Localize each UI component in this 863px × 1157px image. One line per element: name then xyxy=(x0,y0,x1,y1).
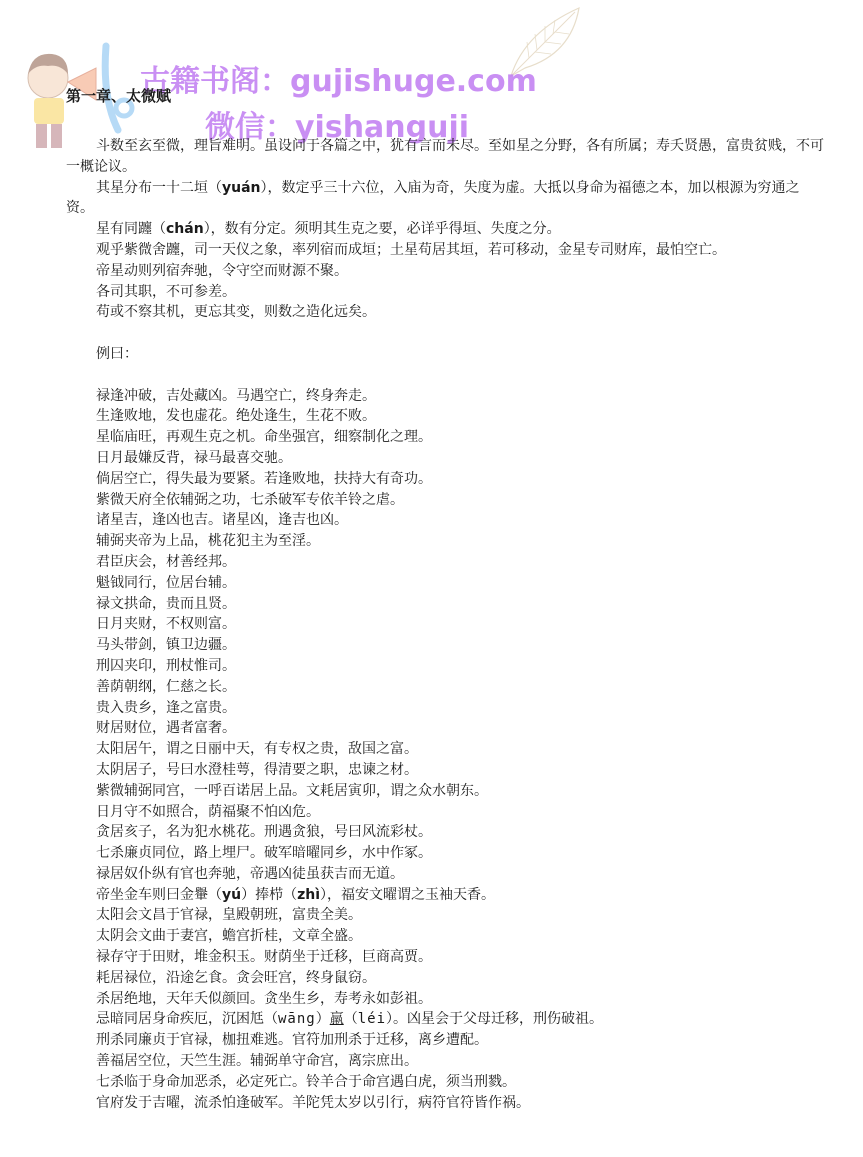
example-line: 贪居亥子，名为犯水桃花。刑遇贪狼，号曰风流彩杖。 xyxy=(66,822,826,843)
document-page: 古籍书阁：gujishuge.com 微信：yishanguji 第一章、太微赋… xyxy=(0,0,863,1157)
example-line: 贵入贵乡，逢之富贵。 xyxy=(66,698,826,719)
example-line: 忌暗同居身命疾厄，沉困尪（wāng）羸（léi）。凶星会于父母迁移，刑伤破祖。 xyxy=(66,1009,826,1030)
example-line: 太阴居子，号曰水澄桂萼，得清要之职，忠谏之材。 xyxy=(66,760,826,781)
example-line: 帝坐金车则曰金轝（yú）捧栉（zhì），福安文曜谓之玉袖天香。 xyxy=(66,885,826,906)
example-line: 魁钺同行，位居台辅。 xyxy=(66,573,826,594)
example-line: 禄存守于田财，堆金积玉。财荫坐于迁移，巨商高贾。 xyxy=(66,947,826,968)
example-line: 日月夹财，不权则富。 xyxy=(66,614,826,635)
paragraph: 帝星动则列宿奔驰，令守空而财源不聚。 xyxy=(66,261,826,282)
chapter-title: 第一章、太微赋 xyxy=(66,85,171,106)
paragraph: 苟或不察其机，更忘其变，则数之造化远矣。 xyxy=(66,302,826,323)
example-line: 太阴会文曲于妻宫，蟾宫折桂，文章全盛。 xyxy=(66,926,826,947)
example-line: 生逢败地，发也虚花。绝处逢生，生花不败。 xyxy=(66,406,826,427)
example-line: 日月最嫌反背，禄马最喜交驰。 xyxy=(66,448,826,469)
example-line: 辅弼夹帝为上品，桃花犯主为至淫。 xyxy=(66,531,826,552)
example-line: 禄逢冲破，吉处藏凶。马遇空亡，终身奔走。 xyxy=(66,386,826,407)
example-line: 紫微辅弼同宫，一呼百诺居上品。文耗居寅卯，谓之众水朝东。 xyxy=(66,781,826,802)
watermark-site: 古籍书阁：gujishuge.com xyxy=(140,56,537,100)
example-line: 紫微天府全依辅弼之功，七杀破军专依羊铃之虐。 xyxy=(66,490,826,511)
example-line: 七杀廉贞同位，路上埋尸。破军暗曜同乡，水中作冢。 xyxy=(66,843,826,864)
example-line: 日月守不如照合，荫福聚不怕凶危。 xyxy=(66,802,826,823)
example-line: 倘居空亡，得失最为要紧。若逢败地，扶持大有奇功。 xyxy=(66,469,826,490)
example-line: 马头带剑，镇卫边疆。 xyxy=(66,635,826,656)
example-line: 刑杀同廉贞于官禄，枷扭难逃。官符加刑杀于迁移，离乡遭配。 xyxy=(66,1030,826,1051)
body-text: 斗数至玄至微，理旨难明。虽设问于各篇之中，犹有言而未尽。至如星之分野，各有所属；… xyxy=(66,136,826,1113)
example-line: 太阳居午，谓之日丽中天，有专权之贵，敌国之富。 xyxy=(66,739,826,760)
example-line: 禄居奴仆纵有官也奔驰，帝遇凶徒虽获吉而无道。 xyxy=(66,864,826,885)
paragraph: 斗数至玄至微，理旨难明。虽设问于各篇之中，犹有言而未尽。至如星之分野，各有所属；… xyxy=(66,136,826,178)
example-heading: 例曰： xyxy=(66,344,826,365)
example-line: 杀居绝地，天年夭似颜回。贪坐生乡，寿考永如彭祖。 xyxy=(66,989,826,1010)
example-line: 善荫朝纲，仁慈之长。 xyxy=(66,677,826,698)
example-line: 君臣庆会，材善经邦。 xyxy=(66,552,826,573)
example-line: 太阳会文昌于官禄，皇殿朝班，富贵全美。 xyxy=(66,905,826,926)
example-line: 耗居禄位，沿途乞食。贪会旺宫，终身鼠窃。 xyxy=(66,968,826,989)
example-line: 诸星吉，逢凶也吉。诸星凶，逢吉也凶。 xyxy=(66,510,826,531)
paragraph: 观乎紫微舍躔，司一天仪之象，率列宿而成垣；土星苟居其垣，若可移动，金星专司财库，… xyxy=(66,240,826,261)
example-line: 星临庙旺，再观生克之机。命坐强宫，细察制化之理。 xyxy=(66,427,826,448)
example-line: 禄文拱命，贵而且贤。 xyxy=(66,594,826,615)
example-line: 善福居空位，天竺生涯。辅弼单守命宫，离宗庶出。 xyxy=(66,1051,826,1072)
leaf-icon xyxy=(505,2,585,82)
example-line: 官府发于吉曜，流杀怕逢破军。羊陀凭太岁以引行，病符官符皆作祸。 xyxy=(66,1093,826,1114)
example-line: 财居财位，遇者富奢。 xyxy=(66,718,826,739)
paragraph: 星有同躔（chán），数有分定。须明其生克之要，必详乎得垣、失度之分。 xyxy=(66,219,826,240)
example-line: 七杀临于身命加恶杀，必定死亡。铃羊合于命宫遇白虎，须当刑戮。 xyxy=(66,1072,826,1093)
paragraph: 其星分布一十二垣（yuán），数定乎三十六位，入庙为奇，失度为虚。大抵以身命为福… xyxy=(66,178,826,220)
paragraph: 各司其职，不可参差。 xyxy=(66,282,826,303)
example-line: 刑囚夹印，刑杖惟司。 xyxy=(66,656,826,677)
